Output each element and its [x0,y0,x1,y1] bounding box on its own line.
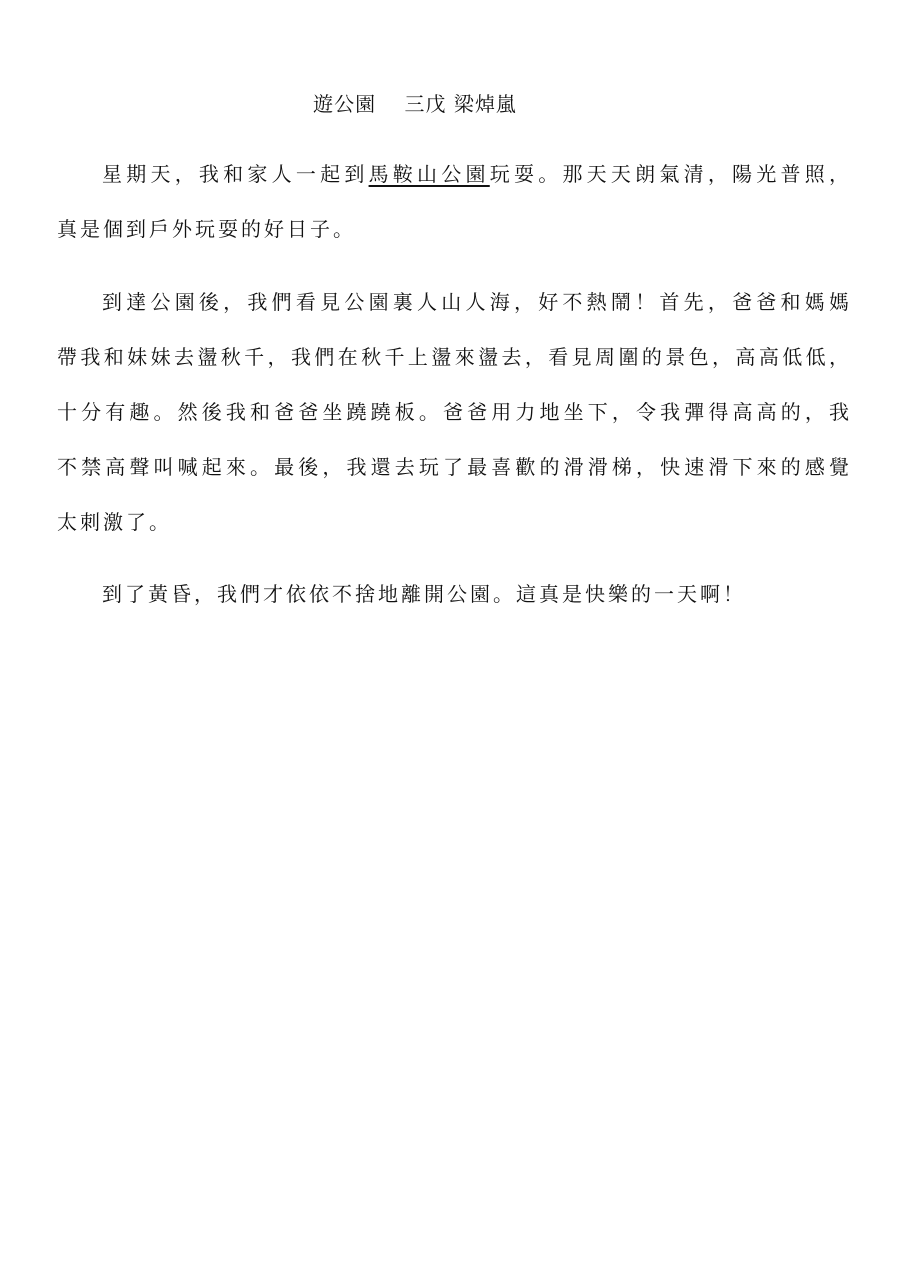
paragraph-2-line-1: 到達公園後，我們看見公園裏人山人海，好不熱鬧！首先，爸爸和媽媽 [102,288,849,316]
paragraph-2-line-2: 帶我和妹妹去盪秋千，我們在秋千上盪來盪去，看見周圍的景色，高高低低， [57,343,849,371]
paragraph-1-line-1: 星期天，我和家人一起到馬鞍山公園玩耍。那天天朗氣清，陽光普照， [102,160,849,188]
paragraph-1-line-2: 真是個到戶外玩耍的好日子。 [57,215,849,243]
underlined-place-name: 馬鞍山公園 [369,162,490,186]
essay-title: 遊公園 三戊 梁焯嵐 [0,88,830,117]
paragraph-2-line-5: 太刺激了。 [57,508,849,536]
paragraph-2-line-3: 十分有趣。然後我和爸爸坐蹺蹺板。爸爸用力地坐下，令我彈得高高的，我 [57,398,849,426]
document-page: 遊公園 三戊 梁焯嵐 星期天，我和家人一起到馬鞍山公園玩耍。那天天朗氣清，陽光普… [0,0,905,1280]
paragraph-3-line-1: 到了黃昏，我們才依依不捨地離開公園。這真是快樂的一天啊！ [102,580,849,608]
paragraph-2-line-4: 不禁高聲叫喊起來。最後，我還去玩了最喜歡的滑滑梯，快速滑下來的感覺 [57,453,849,481]
text-segment: 玩耍。那天天朗氣清，陽光普照， [490,162,849,186]
text-segment: 星期天，我和家人一起到 [102,162,369,186]
